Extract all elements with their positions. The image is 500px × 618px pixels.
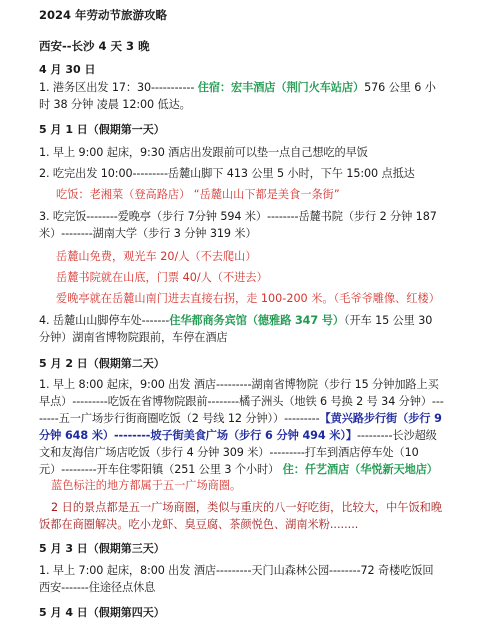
day-heading-may4: 5 月 4 日（假期第四天） (39, 604, 165, 618)
may3-item-1: 1. 早上 7:00 起床，8:00 出发 酒店---------天门山森林公园… (39, 562, 444, 596)
document-title: 2024 年劳动节旅游攻略 (39, 7, 167, 23)
may1-note-yuelu: 岳麓山免费，观光车 20/人（不去爬山） (56, 248, 257, 265)
item-text: 1. 港务区出发 17：30----------- (39, 81, 198, 94)
may2-note-blue: 蓝色标注的地方都属于五一广场商圈。 (39, 477, 444, 494)
day-heading-apr30: 4 月 30 日 (39, 61, 95, 77)
may1-item-2: 2. 吃完出发 10:00---------岳麓山脚下 413 公里 5 小时，… (39, 165, 444, 182)
hotel-highlight: 住：仟艺酒店（华悦新天地店） (283, 463, 438, 476)
may2-item-1: 1. 早上 8:00 起床，9:00 出发 酒店---------湖南省博物院（… (39, 376, 444, 478)
hotel-highlight: 住宿：宏丰酒店（荆门火车站店） (198, 81, 364, 94)
may1-item-4: 4. 岳麓山山脚停车处-------住华都商务宾馆（德雅路 347 号）（开车 … (39, 312, 444, 346)
may1-note-aiwan: 爱晚亭就在岳麓山南门进去直接右拐，走 100-200 米。（毛爷爷雕像、红楼） (56, 290, 440, 307)
may1-note-food: 吃饭：老湘菜（登高路店） “岳麓山山下都是美食一条街” (56, 186, 340, 203)
may2-note-summary: 2 日的景点都是五一广场商圈，类似与重庆的八一好吃街，比较大，中午饭和晚饭都在商… (39, 499, 444, 533)
day-heading-may3: 5 月 3 日（假期第三天） (39, 540, 165, 556)
may1-note-academy: 岳麓书院就在山底，门票 40/人（不进去） (56, 269, 268, 286)
route-title: 西安--长沙 4 天 3 晚 (39, 38, 150, 54)
apr30-item-1: 1. 港务区出发 17：30----------- 住宿：宏丰酒店（荆门火车站店… (39, 79, 444, 113)
day-heading-may1: 5 月 1 日（假期第一天） (39, 121, 165, 137)
day-heading-may2: 5 月 2 日（假期第二天） (39, 355, 165, 371)
hotel-highlight: 住华都商务宾馆（德雅路 347 号） (169, 314, 344, 327)
may1-item-3: 3. 吃完饭--------爱晚亭（步行 7分钟 594 米）--------岳… (39, 208, 444, 242)
may1-item-1: 1. 早上 9:00 起床，9:30 酒店出发跟前可以垫一点自己想吃的早饭 (39, 144, 444, 161)
item-text: 4. 岳麓山山脚停车处------- (39, 314, 169, 327)
